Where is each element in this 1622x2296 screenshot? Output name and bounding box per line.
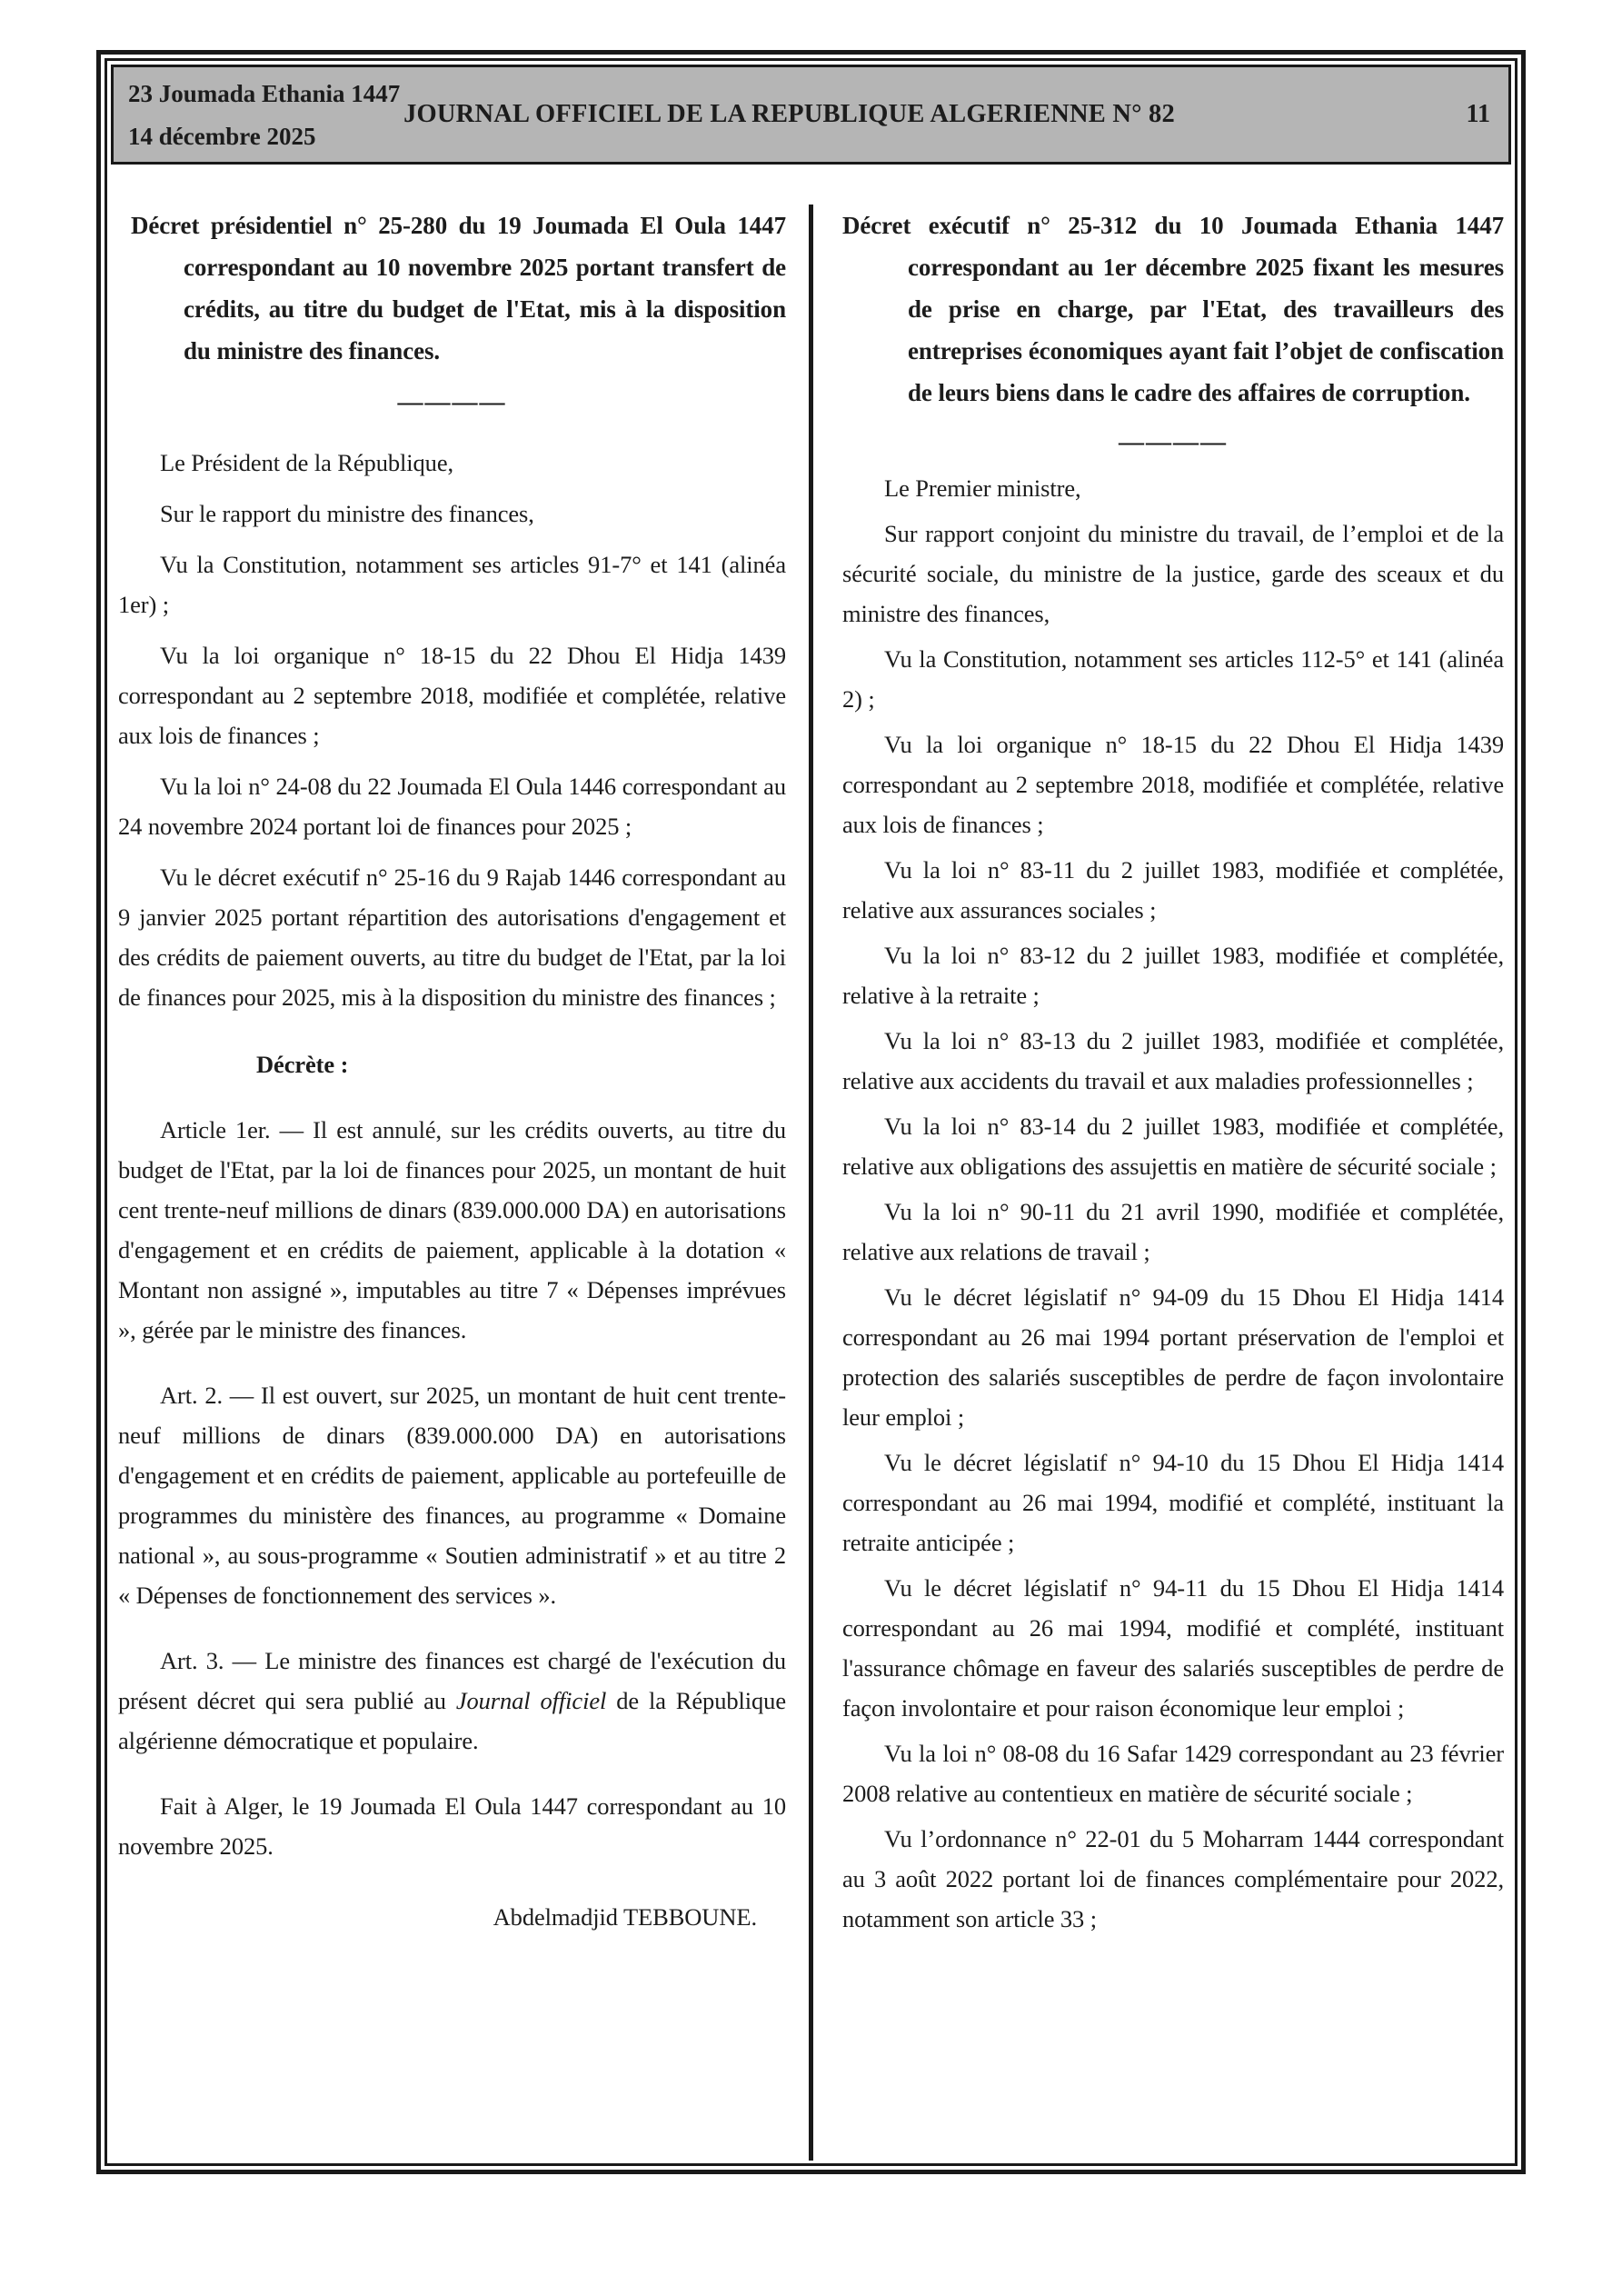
left-column: Décret présidentiel n° 25-280 du 19 Joum…	[107, 205, 809, 2161]
decrete-heading: Décrète :	[256, 1044, 786, 1084]
left-para-vu-constitution: Vu la Constitution, notamment ses articl…	[118, 544, 786, 624]
journal-officiel-italic: Journal officiel	[456, 1687, 606, 1714]
article-2: Art. 2. — Il est ouvert, sur 2025, un mo…	[118, 1375, 786, 1615]
left-para-vu-loi-organique: Vu la loi organique n° 18-15 du 22 Dhou …	[118, 635, 786, 755]
right-para-rapport-conjoint: Sur rapport conjoint du ministre du trav…	[842, 514, 1504, 634]
right-para-vu-08-08: Vu la loi n° 08-08 du 16 Safar 1429 corr…	[842, 1733, 1504, 1813]
right-para-vu-83-14: Vu la loi n° 83-14 du 2 juillet 1983, mo…	[842, 1106, 1504, 1186]
journal-title: JOURNAL OFFICIEL DE LA REPUBLIQUE ALGERI…	[403, 100, 1175, 129]
signature: Abdelmadjid TEBBOUNE.	[118, 1897, 786, 1937]
right-para-premier-ministre: Le Premier ministre,	[842, 468, 1504, 508]
page-content: Décret présidentiel n° 25-280 du 19 Joum…	[107, 165, 1515, 2161]
right-para-vu-83-11: Vu la loi n° 83-11 du 2 juillet 1983, mo…	[842, 850, 1504, 930]
page-border-inner: 23 Joumada Ethania 1447 14 décembre 2025…	[104, 58, 1518, 2166]
right-para-vu-ordonnance-22-01: Vu l’ordonnance n° 22-01 du 5 Moharram 1…	[842, 1819, 1504, 1939]
left-para-vu-decret-25-16: Vu le décret exécutif n° 25-16 du 9 Raja…	[118, 857, 786, 1017]
page-border-frame: 23 Joumada Ethania 1447 14 décembre 2025…	[96, 50, 1526, 2174]
page-header: 23 Joumada Ethania 1447 14 décembre 2025…	[111, 65, 1511, 165]
right-para-vu-83-13: Vu la loi n° 83-13 du 2 juillet 1983, mo…	[842, 1021, 1504, 1101]
left-para-rapport: Sur le rapport du ministre des finances,	[118, 494, 786, 534]
right-decree-title: Décret exécutif n° 25-312 du 10 Joumada …	[842, 205, 1504, 414]
right-para-vu-83-12: Vu la loi n° 83-12 du 2 juillet 1983, mo…	[842, 935, 1504, 1015]
left-decree-title: Décret présidentiel n° 25-280 du 19 Joum…	[118, 205, 786, 372]
left-separator-dashes: ————	[118, 383, 786, 423]
closing-fait-a-alger: Fait à Alger, le 19 Joumada El Oula 1447…	[118, 1786, 786, 1866]
article-1: Article 1er. — Il est annulé, sur les cr…	[118, 1110, 786, 1350]
page-number: 11	[1467, 100, 1490, 129]
header-date-gregorian: 14 décembre 2025	[128, 115, 400, 158]
header-dates: 23 Joumada Ethania 1447 14 décembre 2025	[128, 73, 400, 158]
right-column: Décret exécutif n° 25-312 du 10 Joumada …	[813, 205, 1515, 2161]
gazette-page: 23 Joumada Ethania 1447 14 décembre 2025…	[0, 0, 1622, 2296]
right-para-vu-94-11: Vu le décret législatif n° 94-11 du 15 D…	[842, 1568, 1504, 1728]
right-separator-dashes: ————	[842, 423, 1504, 463]
right-para-vu-constitution: Vu la Constitution, notamment ses articl…	[842, 639, 1504, 719]
right-para-vu-90-11: Vu la loi n° 90-11 du 21 avril 1990, mod…	[842, 1192, 1504, 1272]
right-para-vu-loi-organique: Vu la loi organique n° 18-15 du 22 Dhou …	[842, 724, 1504, 844]
header-date-hijri: 23 Joumada Ethania 1447	[128, 73, 400, 115]
left-para-vu-loi-24-08: Vu la loi n° 24-08 du 22 Joumada El Oula…	[118, 766, 786, 846]
article-3: Art. 3. — Le ministre des finances est c…	[118, 1641, 786, 1761]
right-para-vu-94-10: Vu le décret législatif n° 94-10 du 15 D…	[842, 1442, 1504, 1562]
left-para-president: Le Président de la République,	[118, 443, 786, 483]
right-para-vu-94-09: Vu le décret législatif n° 94-09 du 15 D…	[842, 1277, 1504, 1437]
